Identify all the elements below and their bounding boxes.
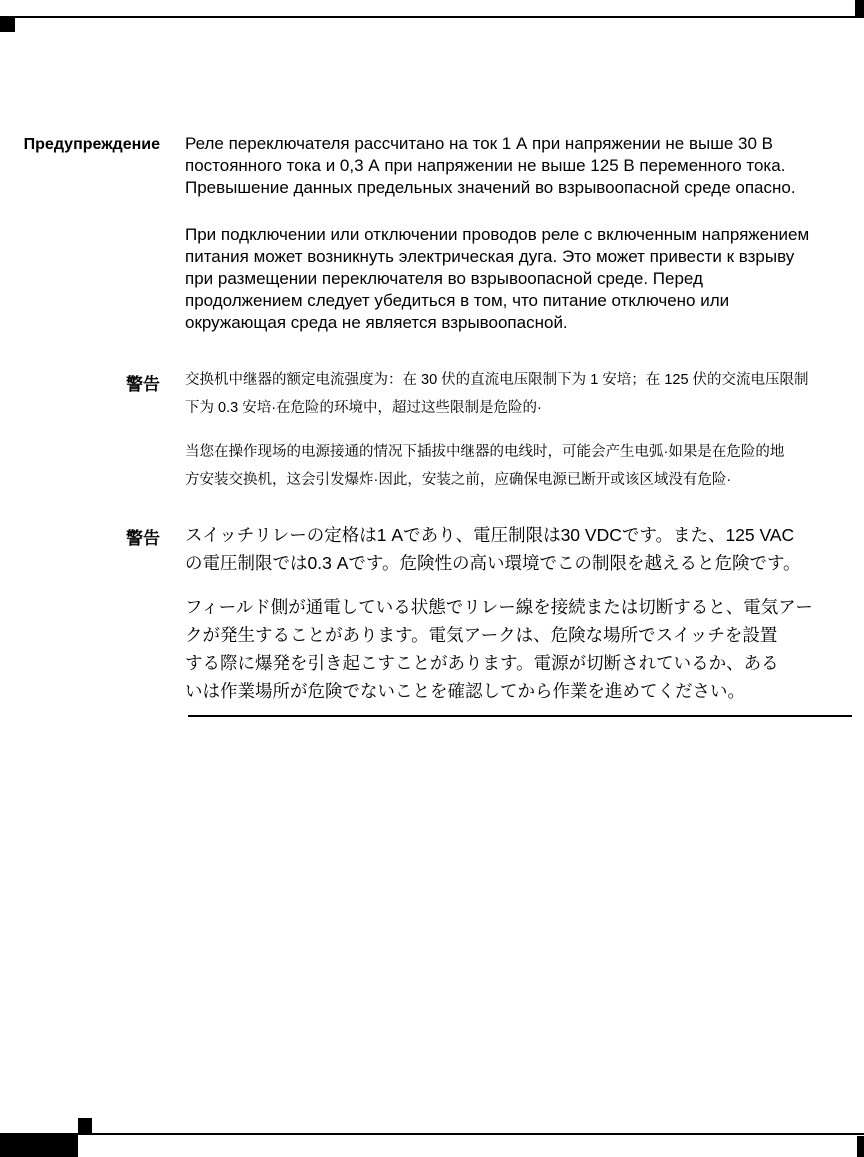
warning-label-russian: Предупреждение bbox=[0, 136, 160, 154]
section-end-rule bbox=[188, 715, 852, 717]
warning-russian-paragraph-2: При подключении или отключении проводов … bbox=[185, 224, 809, 334]
warning-text-russian: Реле переключателя рассчитано на ток 1 А… bbox=[185, 133, 809, 334]
warning-label-japanese: 警告 bbox=[0, 524, 160, 549]
header-rule bbox=[0, 16, 864, 18]
document-page: Предупреждение Реле переключателя рассчи… bbox=[0, 0, 864, 1157]
section-marker-top-left bbox=[0, 17, 15, 32]
warning-russian-paragraph-1: Реле переключателя рассчитано на ток 1 А… bbox=[185, 133, 809, 199]
footer-marker-square bbox=[78, 1118, 92, 1133]
warning-label-chinese: 警告 bbox=[0, 370, 160, 395]
page-edge-mark-bottom-right bbox=[857, 1136, 864, 1157]
warning-japanese-paragraph-1: スイッチリレーの定格は1 Aであり、電圧制限は30 VDCです。また、125 V… bbox=[185, 521, 813, 577]
warning-japanese-paragraph-2: フィールド側が通電している状態でリレー線を接続または切断すると、電気アークが発生… bbox=[185, 593, 813, 705]
warning-chinese-paragraph-1: 交换机中继器的额定电流强度为：在 30 伏的直流电压限制下为 1 安培；在 12… bbox=[185, 366, 809, 422]
warning-text-japanese: スイッチリレーの定格は1 Aであり、電圧制限は30 VDCです。また、125 V… bbox=[185, 521, 813, 705]
warning-chinese-paragraph-2: 当您在操作现场的电源接通的情况下插拔中继器的电线时，可能会产生电弧·如果是在危险… bbox=[185, 438, 809, 494]
footer-rule bbox=[78, 1133, 864, 1135]
warning-text-chinese: 交换机中继器的额定电流强度为：在 30 伏的直流电压限制下为 1 安培；在 12… bbox=[185, 366, 809, 494]
footer-block-bottom-left bbox=[0, 1133, 78, 1157]
page-edge-mark-top-right bbox=[855, 0, 862, 18]
